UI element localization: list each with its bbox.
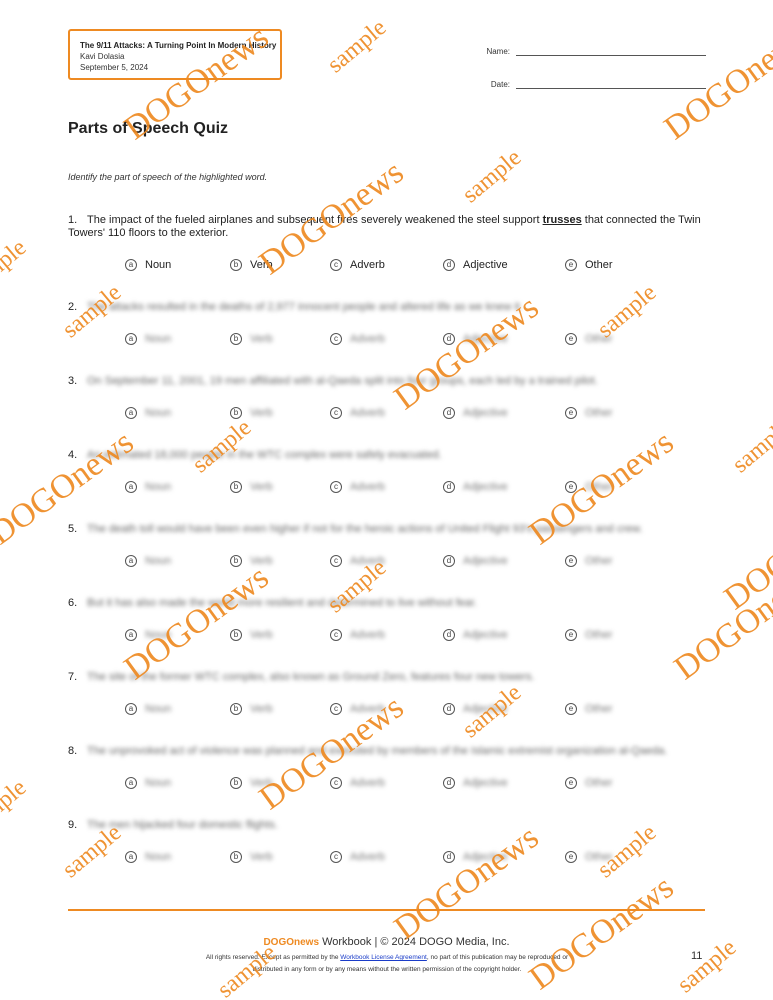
option-label: Other: [585, 555, 613, 567]
option-circle-icon[interactable]: b: [230, 777, 242, 789]
option-label: Adverb: [350, 407, 385, 419]
answer-options: aNounbVerbcAdverbdAdjectiveeOther: [125, 481, 725, 495]
option-label: Adverb: [350, 259, 385, 271]
dogonews-watermark: DOGOnews: [523, 868, 681, 998]
answer-options: aNounbVerbcAdverbdAdjectiveeOther: [125, 407, 725, 421]
option-adverb[interactable]: cAdverb: [330, 703, 385, 715]
option-adverb[interactable]: cAdverb: [330, 407, 385, 419]
option-label: Verb: [250, 259, 273, 271]
article-title: The 9/11 Attacks: A Turning Point In Mod…: [80, 40, 280, 51]
option-verb[interactable]: bVerb: [230, 703, 273, 715]
option-circle-icon[interactable]: d: [443, 259, 455, 271]
option-adjective[interactable]: dAdjective: [443, 629, 508, 641]
option-adjective[interactable]: dAdjective: [443, 851, 508, 863]
question-text: The death toll would have been even high…: [87, 523, 643, 535]
question-text: The attacks resulted in the deaths of 2,…: [87, 301, 520, 313]
option-adjective[interactable]: dAdjective: [443, 481, 508, 493]
option-other[interactable]: eOther: [565, 703, 613, 715]
option-circle-icon[interactable]: e: [565, 481, 577, 493]
name-line[interactable]: [516, 47, 706, 56]
option-circle-icon[interactable]: a: [125, 851, 137, 863]
option-circle-icon[interactable]: d: [443, 555, 455, 567]
option-noun[interactable]: aNoun: [125, 629, 171, 641]
option-circle-icon[interactable]: b: [230, 481, 242, 493]
option-circle-icon[interactable]: a: [125, 259, 137, 271]
option-circle-icon[interactable]: b: [230, 555, 242, 567]
option-label: Other: [585, 407, 613, 419]
question-number: 6.: [68, 597, 87, 610]
answer-options: aNounbVerbcAdverbdAdjectiveeOther: [125, 555, 725, 569]
option-adjective[interactable]: dAdjective: [443, 703, 508, 715]
license-agreement-link[interactable]: Workbook License Agreement: [340, 954, 427, 961]
option-adverb[interactable]: cAdverb: [330, 481, 385, 493]
option-circle-icon[interactable]: b: [230, 703, 242, 715]
option-other[interactable]: eOther: [565, 333, 613, 345]
sample-watermark: sample: [0, 235, 32, 299]
option-label: Noun: [145, 629, 171, 641]
sample-watermark: sample: [728, 415, 773, 479]
option-circle-icon[interactable]: e: [565, 333, 577, 345]
question-3: 3.On September 11, 2001, 19 men affiliat…: [68, 375, 708, 388]
option-label: Adjective: [463, 555, 508, 567]
option-label: Other: [585, 629, 613, 641]
option-label: Adjective: [463, 407, 508, 419]
question-number: 4.: [68, 449, 87, 462]
option-noun[interactable]: aNoun: [125, 777, 171, 789]
option-circle-icon[interactable]: a: [125, 333, 137, 345]
question-2: 2.The attacks resulted in the deaths of …: [68, 301, 708, 314]
option-circle-icon[interactable]: c: [330, 481, 342, 493]
date-field[interactable]: Date:: [470, 80, 706, 89]
option-adjective[interactable]: dAdjective: [443, 259, 508, 271]
footer-legal: All rights reserved. Except as permitted…: [200, 952, 574, 976]
answer-options: aNounbVerbcAdverbdAdjectiveeOther: [125, 703, 725, 717]
question-text: But it has also made the world more resi…: [87, 597, 477, 609]
option-label: Noun: [145, 777, 171, 789]
option-verb[interactable]: bVerb: [230, 259, 273, 271]
option-circle-icon[interactable]: e: [565, 703, 577, 715]
option-label: Verb: [250, 555, 273, 567]
option-label: Adverb: [350, 333, 385, 345]
sample-watermark: sample: [323, 15, 392, 79]
option-circle-icon[interactable]: c: [330, 851, 342, 863]
option-circle-icon[interactable]: a: [125, 407, 137, 419]
option-circle-icon[interactable]: e: [565, 851, 577, 863]
dogonews-watermark: DOGOnews: [388, 818, 546, 948]
answer-options: aNounbVerbcAdverbdAdjectiveeOther: [125, 259, 725, 273]
option-other[interactable]: eOther: [565, 481, 613, 493]
option-label: Adverb: [350, 777, 385, 789]
option-circle-icon[interactable]: c: [330, 703, 342, 715]
option-verb[interactable]: bVerb: [230, 333, 273, 345]
answer-options: aNounbVerbcAdverbdAdjectiveeOther: [125, 629, 725, 643]
option-label: Other: [585, 481, 613, 493]
name-label: Name:: [470, 47, 510, 56]
option-noun[interactable]: aNoun: [125, 259, 171, 271]
question-7: 7.The site of the former WTC complex, al…: [68, 671, 708, 684]
workbook-copyright: Workbook | © 2024 DOGO Media, Inc.: [319, 936, 510, 948]
option-circle-icon[interactable]: b: [230, 851, 242, 863]
option-label: Verb: [250, 703, 273, 715]
option-circle-icon[interactable]: a: [125, 629, 137, 641]
question-8: 8.The unprovoked act of violence was pla…: [68, 745, 708, 758]
option-label: Verb: [250, 851, 273, 863]
option-label: Noun: [145, 703, 171, 715]
option-verb[interactable]: bVerb: [230, 407, 273, 419]
option-adverb[interactable]: cAdverb: [330, 259, 385, 271]
option-circle-icon[interactable]: c: [330, 259, 342, 271]
option-label: Other: [585, 851, 613, 863]
option-label: Verb: [250, 629, 273, 641]
legal-text-1: All rights reserved. Except as permitted…: [206, 954, 340, 961]
instructions: Identify the part of speech of the highl…: [68, 172, 267, 182]
question-number: 1.: [68, 214, 87, 227]
option-circle-icon[interactable]: e: [565, 777, 577, 789]
question-text: On September 11, 2001, 19 men affiliated…: [87, 375, 598, 387]
option-adverb[interactable]: cAdverb: [330, 629, 385, 641]
option-adverb[interactable]: cAdverb: [330, 777, 385, 789]
option-other[interactable]: eOther: [565, 851, 613, 863]
page-title: Parts of Speech Quiz: [68, 120, 228, 138]
dogonews-watermark: DOGOnews: [118, 558, 276, 688]
option-label: Adjective: [463, 333, 508, 345]
question-text: The men hijacked four domestic flights.: [87, 819, 278, 831]
option-label: Adverb: [350, 703, 385, 715]
option-other[interactable]: eOther: [565, 407, 613, 419]
question-number: 8.: [68, 745, 87, 758]
option-circle-icon[interactable]: e: [565, 555, 577, 567]
option-circle-icon[interactable]: b: [230, 333, 242, 345]
brand-logo-dogo: DOGO: [263, 937, 294, 948]
option-noun[interactable]: aNoun: [125, 333, 171, 345]
date-label: Date:: [470, 80, 510, 89]
option-circle-icon[interactable]: d: [443, 629, 455, 641]
question-4: 4.An estimated 18,000 people in the WTC …: [68, 449, 708, 462]
answer-options: aNounbVerbcAdverbdAdjectiveeOther: [125, 777, 725, 791]
article-date: September 5, 2024: [80, 62, 280, 73]
option-label: Noun: [145, 333, 171, 345]
highlighted-word: trusses: [543, 214, 582, 226]
option-circle-icon[interactable]: a: [125, 555, 137, 567]
sample-watermark: sample: [458, 145, 527, 209]
page-number: 11: [691, 950, 702, 962]
option-verb[interactable]: bVerb: [230, 851, 273, 863]
option-label: Other: [585, 703, 613, 715]
option-circle-icon[interactable]: a: [125, 777, 137, 789]
option-circle-icon[interactable]: d: [443, 777, 455, 789]
question-text: An estimated 18,000 people in the WTC co…: [87, 449, 442, 461]
option-circle-icon[interactable]: c: [330, 629, 342, 641]
option-adjective[interactable]: dAdjective: [443, 407, 508, 419]
date-line[interactable]: [516, 80, 706, 89]
dogonews-watermark: DOGOnews: [718, 488, 773, 618]
option-circle-icon[interactable]: c: [330, 333, 342, 345]
option-label: Adjective: [463, 629, 508, 641]
footer-brand-line: DOGOnews Workbook | © 2024 DOGO Media, I…: [0, 936, 773, 948]
question-5: 5.The death toll would have been even hi…: [68, 523, 708, 536]
sample-watermark: sample: [0, 775, 32, 839]
option-other[interactable]: eOther: [565, 259, 613, 271]
option-label: Other: [585, 333, 613, 345]
option-label: Verb: [250, 777, 273, 789]
option-circle-icon[interactable]: b: [230, 259, 242, 271]
question-number: 5.: [68, 523, 87, 536]
option-circle-icon[interactable]: d: [443, 703, 455, 715]
option-circle-icon[interactable]: e: [565, 259, 577, 271]
option-label: Adjective: [463, 851, 508, 863]
option-label: Adverb: [350, 851, 385, 863]
question-9: 9.The men hijacked four domestic flights…: [68, 819, 708, 832]
option-label: Adjective: [463, 259, 508, 271]
option-adverb[interactable]: cAdverb: [330, 333, 385, 345]
option-label: Adjective: [463, 777, 508, 789]
option-label: Noun: [145, 259, 171, 271]
option-circle-icon[interactable]: d: [443, 481, 455, 493]
option-circle-icon[interactable]: a: [125, 703, 137, 715]
option-label: Noun: [145, 555, 171, 567]
option-label: Adverb: [350, 481, 385, 493]
option-circle-icon[interactable]: e: [565, 407, 577, 419]
option-other[interactable]: eOther: [565, 629, 613, 641]
name-field[interactable]: Name:: [470, 47, 706, 56]
option-circle-icon[interactable]: d: [443, 333, 455, 345]
option-circle-icon[interactable]: a: [125, 481, 137, 493]
option-circle-icon[interactable]: b: [230, 629, 242, 641]
option-label: Adjective: [463, 481, 508, 493]
option-verb[interactable]: bVerb: [230, 555, 273, 567]
option-adverb[interactable]: cAdverb: [330, 555, 385, 567]
footer-divider: [68, 909, 705, 911]
option-label: Other: [585, 259, 613, 271]
option-label: Noun: [145, 407, 171, 419]
option-label: Verb: [250, 481, 273, 493]
option-noun[interactable]: aNoun: [125, 851, 171, 863]
option-label: Verb: [250, 407, 273, 419]
option-label: Adverb: [350, 555, 385, 567]
answer-options: aNounbVerbcAdverbdAdjectiveeOther: [125, 333, 725, 347]
option-circle-icon[interactable]: c: [330, 407, 342, 419]
option-verb[interactable]: bVerb: [230, 481, 273, 493]
answer-options: aNounbVerbcAdverbdAdjectiveeOther: [125, 851, 725, 865]
option-other[interactable]: eOther: [565, 555, 613, 567]
option-label: Noun: [145, 851, 171, 863]
option-circle-icon[interactable]: b: [230, 407, 242, 419]
option-label: Adverb: [350, 629, 385, 641]
article-info-box: The 9/11 Attacks: A Turning Point In Mod…: [68, 29, 282, 80]
option-adjective[interactable]: dAdjective: [443, 333, 508, 345]
option-circle-icon[interactable]: d: [443, 851, 455, 863]
option-circle-icon[interactable]: c: [330, 777, 342, 789]
question-number: 7.: [68, 671, 87, 684]
option-verb[interactable]: bVerb: [230, 629, 273, 641]
question-number: 9.: [68, 819, 87, 832]
option-adjective[interactable]: dAdjective: [443, 555, 508, 567]
question-text: The unprovoked act of violence was plann…: [87, 745, 667, 757]
sample-watermark: sample: [188, 415, 257, 479]
option-noun[interactable]: aNoun: [125, 555, 171, 567]
option-adverb[interactable]: cAdverb: [330, 851, 385, 863]
option-noun[interactable]: aNoun: [125, 703, 171, 715]
question-number: 3.: [68, 375, 87, 388]
question-6: 6.But it has also made the world more re…: [68, 597, 708, 610]
dogonews-watermark: DOGOnews: [668, 558, 773, 688]
question-1: 1.The impact of the fueled airplanes and…: [68, 214, 708, 240]
option-verb[interactable]: bVerb: [230, 777, 273, 789]
option-adjective[interactable]: dAdjective: [443, 777, 508, 789]
option-circle-icon[interactable]: c: [330, 555, 342, 567]
option-noun[interactable]: aNoun: [125, 481, 171, 493]
option-other[interactable]: eOther: [565, 777, 613, 789]
option-label: Other: [585, 777, 613, 789]
question-number: 2.: [68, 301, 87, 314]
option-circle-icon[interactable]: d: [443, 407, 455, 419]
brand-logo-news: news: [294, 937, 319, 948]
question-text: The site of the former WTC complex, also…: [87, 671, 535, 683]
question-text: The impact of the fueled airplanes and s…: [68, 214, 701, 239]
option-label: Adjective: [463, 703, 508, 715]
option-label: Verb: [250, 333, 273, 345]
option-circle-icon[interactable]: e: [565, 629, 577, 641]
article-author: Kavi Dolasia: [80, 51, 280, 62]
option-noun[interactable]: aNoun: [125, 407, 171, 419]
option-label: Noun: [145, 481, 171, 493]
